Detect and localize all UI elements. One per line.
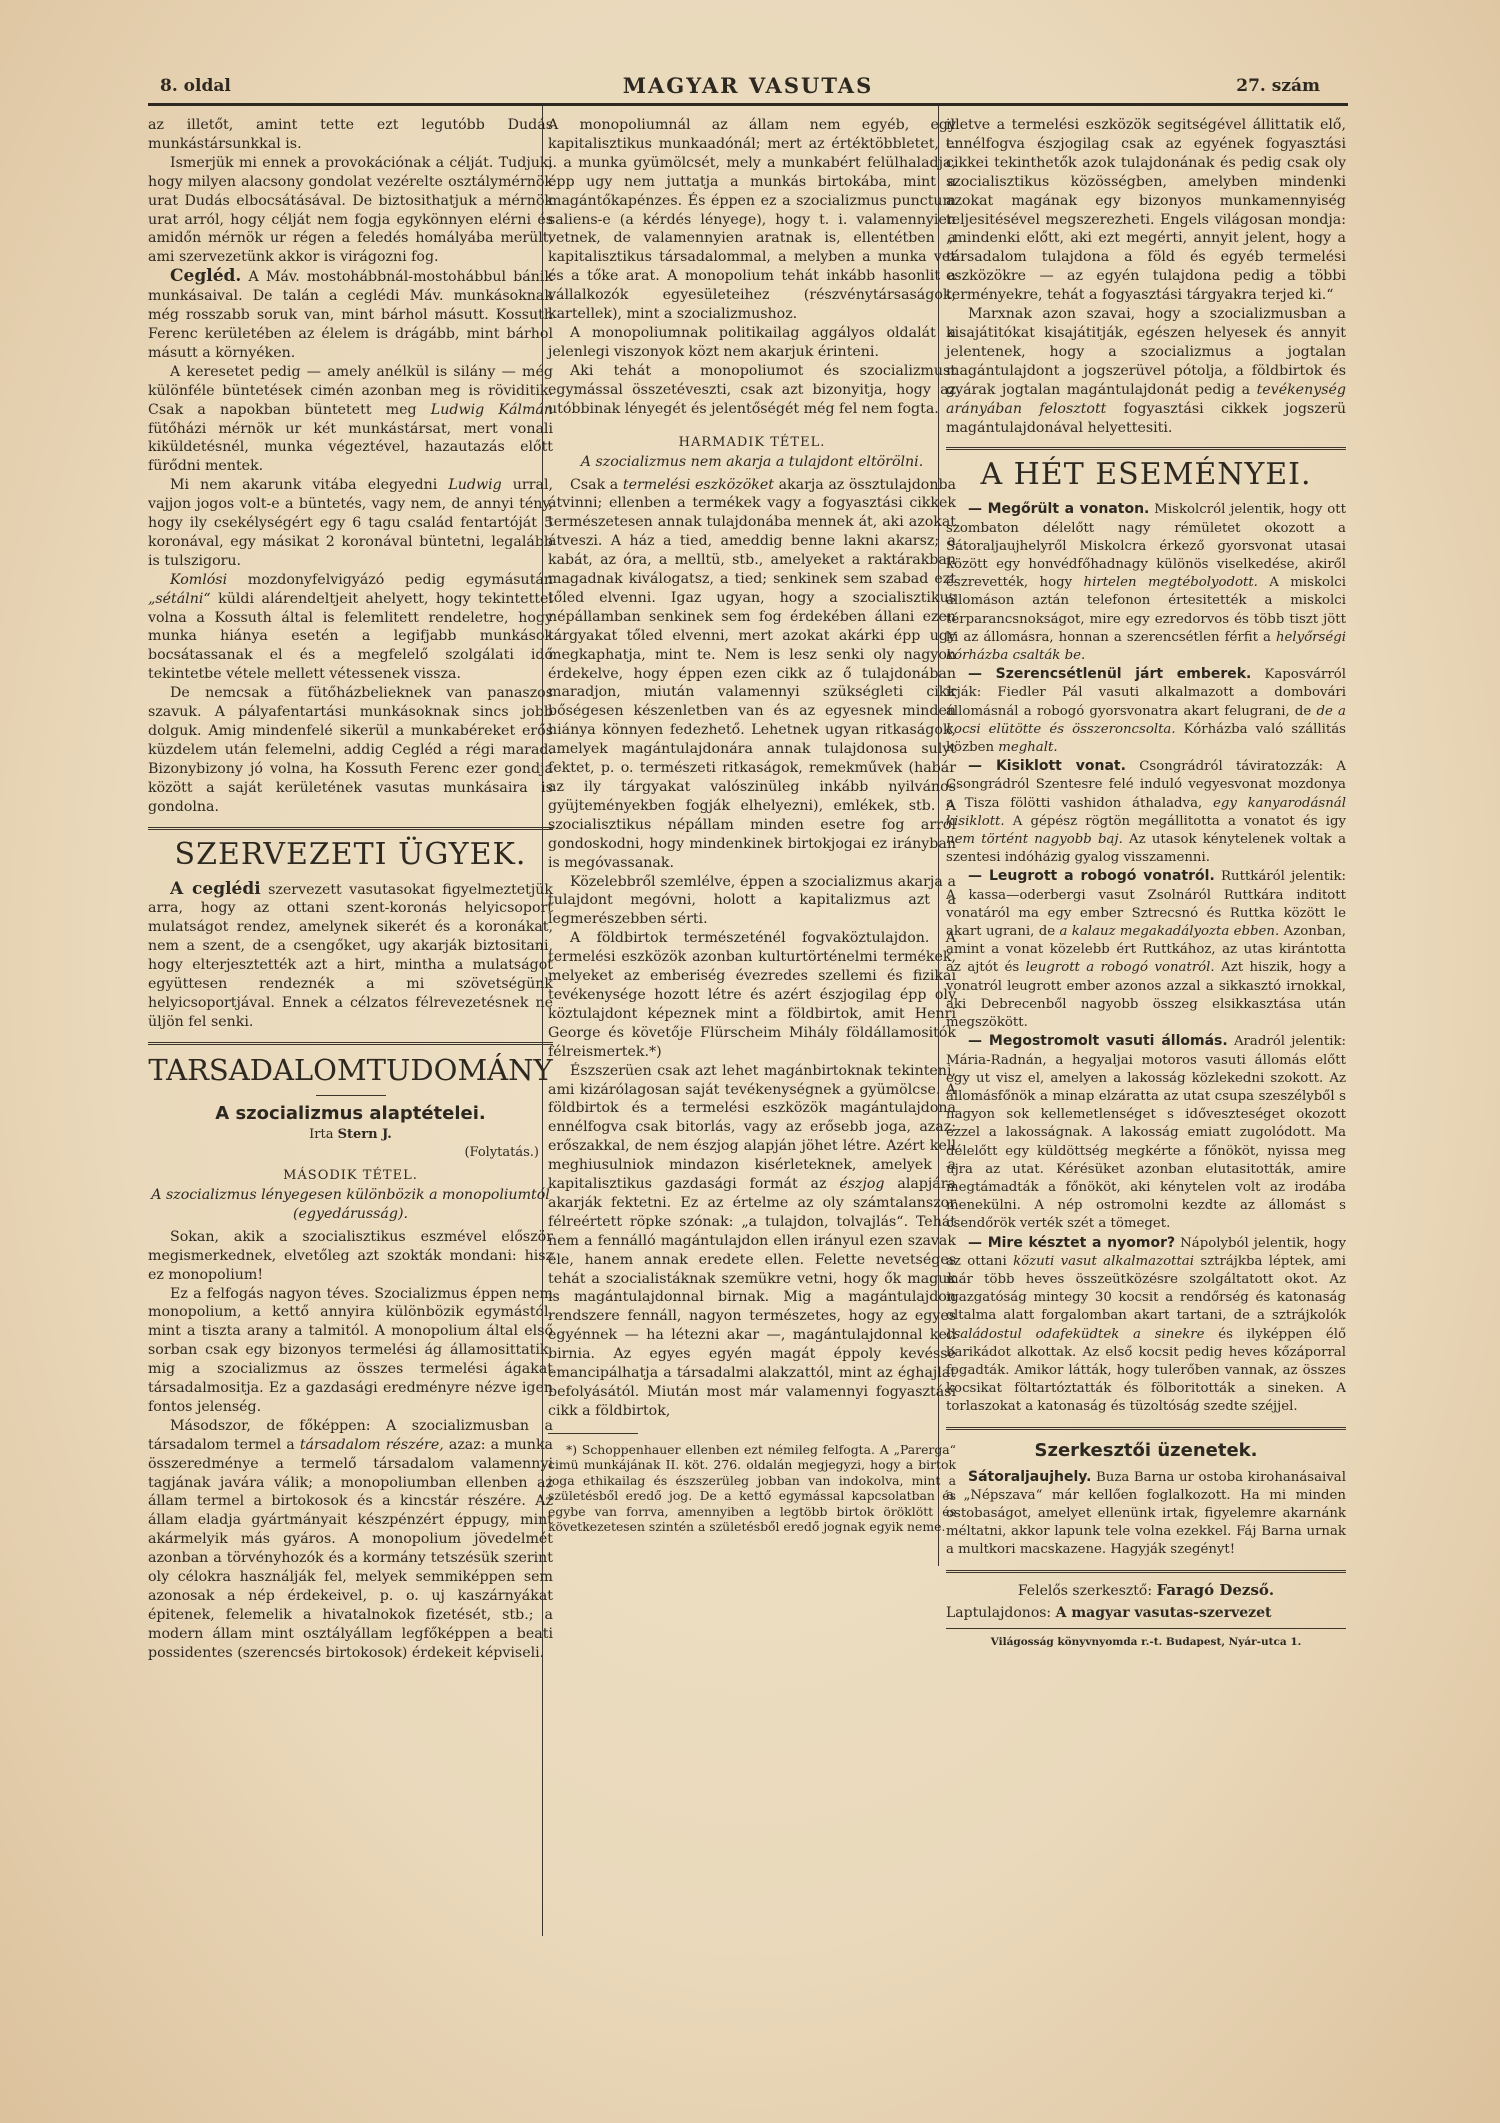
section-rule — [148, 827, 553, 830]
paragraph: Csak a termelési eszközöket akarja az ös… — [548, 476, 956, 873]
continued-note: (Folytatás.) — [148, 1144, 553, 1162]
author: Stern J. — [338, 1127, 392, 1142]
dash: — — [968, 868, 989, 884]
text: alapjára akarják fektetni. Ez az értelme… — [548, 1176, 956, 1419]
thesis-subtitle: A szocializmus nem akarja a tulajdont el… — [548, 453, 956, 472]
text: A gépész rögtön megállitotta a vonatot é… — [1005, 814, 1346, 829]
imprint-editor: Felelős szerkesztő: Faragó Dezső. — [946, 1579, 1346, 1602]
section-rule — [946, 447, 1346, 450]
emphasis: a kalauz megakadályozta ebben. — [1060, 924, 1280, 939]
header-rule — [148, 103, 1348, 106]
emphasis: észjog — [839, 1176, 884, 1192]
news-headline: Szerencsétlenül járt emberek. — [996, 666, 1252, 682]
cegled-paragraph: Cegléd. A Máv. mostohábbnál-mostohábbul … — [148, 267, 553, 363]
imprint-rule — [946, 1628, 1346, 1629]
paragraph: Komlósi mozdonyfelvigyázó pedig egymásut… — [148, 571, 553, 684]
newspaper-sheet: 8. oldal MAGYAR VASUTAS 27. szám az ille… — [148, 72, 1348, 1952]
text: szervezett vasutasokat figyelmeztetjük a… — [148, 882, 553, 1030]
paragraph: Ismerjük mi ennek a provokációnak a célj… — [148, 154, 553, 267]
paragraph: Ez a felfogás nagyon téves. Szocializmus… — [148, 1285, 553, 1417]
text: mozdonyfelvigyázó pedig egymásután — [227, 572, 553, 588]
paragraph: illetve a termelési eszközök segitségéve… — [946, 116, 1346, 305]
news-headline: Leugrott a robogó vonatról. — [989, 868, 1215, 884]
section-title-sociology: TARSADALOMTUDOMÁNY — [148, 1051, 553, 1089]
column-2: A monopoliumnál az állam nem egyéb, egy … — [548, 116, 956, 1535]
news-headline: Megostromolt vasuti állomás. — [989, 1033, 1228, 1049]
text: Mi nem akarunk vitába elegyedni — [170, 477, 448, 493]
column-1: az illetőt, amint tette ezt legutóbb Dud… — [148, 116, 553, 1663]
column-3: illetve a termelési eszközök segitségéve… — [946, 116, 1346, 1649]
paragraph: Sokan, akik a szocialisztikus eszmével e… — [148, 1228, 553, 1285]
org-lead: A ceglédi — [170, 879, 261, 899]
news-headline: Mire késztet a nyomor? — [988, 1235, 1175, 1251]
byline: Irta Stern J. — [148, 1126, 553, 1144]
news-item: — Leugrott a robogó vonatról. Ruttkáról … — [946, 867, 1346, 1032]
name-emphasis: Komlósi — [170, 572, 227, 588]
thesis-subtitle: A szocializmus lényegesen különbözik a m… — [148, 1186, 553, 1224]
imprint-label: Felelős szerkesztő: — [1018, 1583, 1152, 1599]
paragraph: Aki tehát a monopoliumot és szocializmus… — [548, 362, 956, 419]
news-item: — Mire késztet a nyomor? Nápolyból jelen… — [946, 1234, 1346, 1417]
issue-number: 27. szám — [1236, 76, 1320, 96]
name-emphasis: Ludwig — [448, 477, 501, 493]
paragraph: Észszerüen csak azt lehet magánbirtoknak… — [548, 1062, 956, 1421]
owner-name: A magyar vasutas-szervezet — [1056, 1605, 1272, 1621]
imprint-rule — [946, 1570, 1346, 1573]
text: fütőházi mérnök ur két munkástársat, mer… — [148, 421, 553, 475]
short-rule — [316, 1095, 386, 1096]
thesis-title: HARMADIK TÉTEL. — [548, 433, 956, 453]
section-rule — [148, 1042, 553, 1045]
dash: — — [968, 666, 996, 682]
dash: — — [968, 1033, 989, 1049]
paragraph: A monopoliumnál az állam nem egyéb, egy … — [548, 116, 956, 324]
footnote-rule — [548, 1433, 638, 1434]
paragraph: A keresetet pedig — amely anélkül is sil… — [148, 363, 553, 476]
emphasis: leugrott a robogó vonatról. — [1026, 960, 1215, 975]
paragraph: A földbirtok természeténél fogvaköztulaj… — [548, 929, 956, 1061]
paragraph: Mi nem akarunk vitába elegyedni Ludwig u… — [148, 476, 553, 571]
emphasis: nem történt nagyobb baj. — [946, 832, 1123, 847]
paragraph: Másodszor, de főképpen: A szocializmusba… — [148, 1417, 553, 1663]
paragraph: De nemcsak a fütőházbelieknek van panasz… — [148, 684, 553, 816]
emphasis: meghalt. — [998, 740, 1057, 755]
imprint-label: Laptulajdonos: — [946, 1605, 1051, 1621]
dash: — — [968, 758, 996, 774]
news-headline: Megőrült a vonaton. — [988, 501, 1150, 517]
article-title: A szocializmus alaptételei. — [148, 1102, 553, 1126]
emphasis: közuti vasut alkalmazottai — [1013, 1254, 1194, 1269]
editor-message-lead: Sátoraljaujhely. — [968, 1469, 1091, 1485]
dash: — — [968, 501, 988, 517]
section-rule — [946, 1427, 1346, 1430]
thesis-title: MÁSODIK TÉTEL. — [148, 1166, 553, 1186]
emphasis: termelési eszközöket — [623, 477, 774, 493]
footnote: *) Schoppenhauer ellenben ezt némileg fe… — [548, 1442, 956, 1535]
editor-name: Faragó Dezső. — [1157, 1581, 1275, 1599]
emphasis: családostul odafeküdtek a sinekre — [946, 1327, 1205, 1342]
text: akarja az össztulajdonba átvinni; ellenb… — [548, 477, 956, 871]
news-item: — Megőrült a vonaton. Miskolcról jelenti… — [946, 500, 1346, 665]
printer-line: Világosság könyvnyomda r.-t. Budapest, N… — [946, 1635, 1346, 1649]
text: Aradról jelentik: Mária-Radnán, a hegyal… — [946, 1034, 1346, 1231]
news-item: — Kisiklott vonat. Csongrádról táviratoz… — [946, 757, 1346, 867]
page-header: 8. oldal MAGYAR VASUTAS 27. szám — [148, 72, 1348, 106]
newspaper-page: 8. oldal MAGYAR VASUTAS 27. szám az ille… — [0, 0, 1500, 2123]
text: Csak a — [570, 477, 623, 493]
imprint-owner: Laptulajdonos: A magyar vasutas-szerveze… — [946, 1602, 1346, 1624]
paragraph: Közelebbről szemlélve, éppen a szocializ… — [548, 873, 956, 930]
quote-emphasis: „sétálni“ — [148, 591, 211, 607]
news-list: — Megőrült a vonaton. Miskolcról jelenti… — [946, 500, 1346, 1416]
editor-message: Sátoraljaujhely. Buza Barna ur ostoba ki… — [946, 1468, 1346, 1560]
cegled-lead: Cegléd. — [170, 266, 241, 286]
name-emphasis: Ludwig Kálmán — [431, 402, 553, 418]
byline-prefix: Irta — [309, 1127, 333, 1142]
org-paragraph: A ceglédi szervezett vasutasokat figyelm… — [148, 880, 553, 1032]
emphasis: hirtelen megtébolyodott. — [1084, 575, 1258, 590]
emphasis: társadalom részére, — [300, 1437, 444, 1453]
news-headline: Kisiklott vonat. — [996, 758, 1126, 774]
text: azaz: a munka összeredménye a termelő tá… — [148, 1437, 553, 1661]
newspaper-title: MAGYAR VASUTAS — [148, 73, 1348, 98]
news-item: — Megostromolt vasuti állomás. Aradról j… — [946, 1032, 1346, 1233]
paragraph: az illetőt, amint tette ezt legutóbb Dud… — [148, 116, 553, 154]
paragraph: A monopoliumnak politikailag aggályos ol… — [548, 324, 956, 362]
section-title-editor: Szerkesztői üzenetek. — [946, 1438, 1346, 1464]
paragraph: Marxnak azon szavai, hogy a szocializmus… — [946, 305, 1346, 437]
text: Észszerüen csak azt lehet magánbirtoknak… — [548, 1063, 956, 1192]
news-item: — Szerencsétlenül járt emberek. Kaposvár… — [946, 665, 1346, 757]
dash: — — [968, 1235, 988, 1251]
section-title-org: SZERVEZETI ÜGYEK. — [148, 836, 553, 874]
section-title-week: A HÉT ESEMÉNYEI. — [946, 456, 1346, 494]
